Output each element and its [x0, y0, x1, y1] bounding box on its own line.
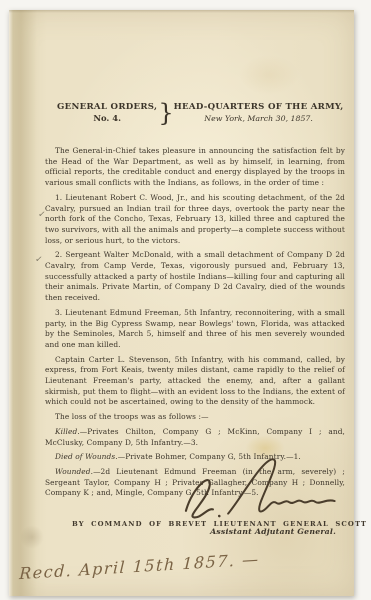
paper-stain: [239, 55, 299, 95]
document-page: ✓ ✓ GENERAL ORDERS, No. 4. } HEAD-QUARTE…: [9, 10, 354, 596]
received-annotation: Recd. April 15th 1857. —: [19, 546, 319, 583]
order-title: GENERAL ORDERS,: [57, 102, 157, 112]
casualty-label: Killed.: [55, 427, 80, 436]
order-number: No. 4.: [57, 113, 157, 123]
casualty-line-killed: Killed.—Privates Chilton, Company G ; Mc…: [45, 427, 345, 448]
signature-flourish: [169, 450, 348, 531]
document-header: GENERAL ORDERS, No. 4. } HEAD-QUARTERS O…: [45, 102, 345, 123]
pencil-check-mark: ✓: [34, 255, 43, 266]
captain-paragraph: Captain Carter L. Stevenson, 5th Infantr…: [45, 355, 345, 409]
brace-glyph: }: [158, 103, 173, 123]
order-number-block: GENERAL ORDERS, No. 4. }: [57, 102, 174, 123]
order-item-3: 3. Lieutenant Edmund Freeman, 5th Infant…: [45, 308, 345, 351]
casualty-label: Died of Wounds.: [55, 452, 118, 461]
signature-text: L. Thomas: [346, 455, 347, 456]
headquarters-title: HEAD-QUARTERS OF THE ARMY,: [174, 102, 344, 112]
signature-block: L. Thomas Assistant Adjutant General.: [161, 455, 346, 536]
order-item-2: 2. Sergeant Walter McDonald, with a smal…: [45, 250, 345, 304]
dateline: New York, March 30, 1857.: [174, 114, 344, 123]
headquarters-block: HEAD-QUARTERS OF THE ARMY, New York, Mar…: [174, 102, 344, 123]
loss-intro: The loss of the troops was as follows :—: [45, 412, 345, 423]
paper-stain: [20, 525, 44, 549]
casualty-text: —Privates Chilton, Company G ; McKinn, C…: [45, 427, 345, 447]
order-item-1: 1. Lieutenant Robert C. Wood, Jr., and h…: [45, 193, 345, 247]
intro-paragraph: The General-in-Chief takes pleasure in a…: [45, 146, 345, 189]
casualty-label: Wounded.: [55, 467, 93, 476]
